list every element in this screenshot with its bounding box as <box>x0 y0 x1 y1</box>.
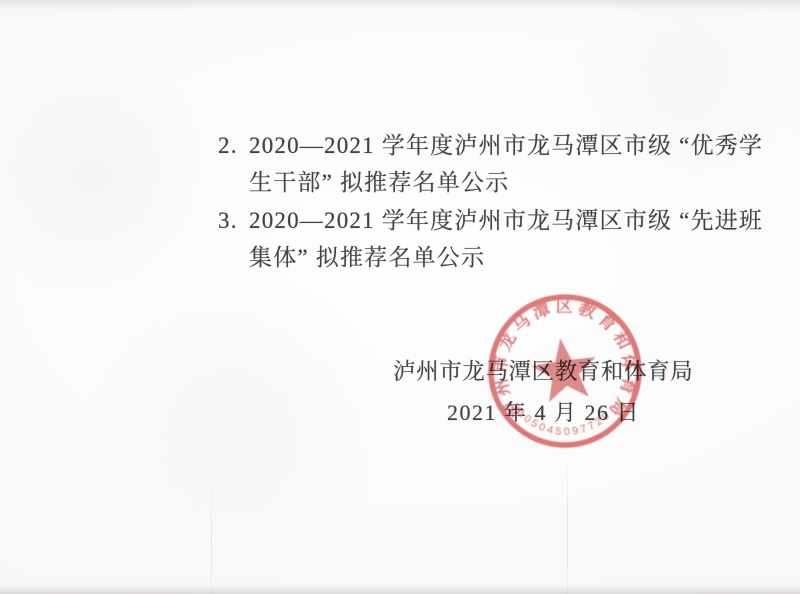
scanned-document-page: 2.2020—2021 学年度泸州市龙马潭区市级 “优秀学 生干部” 拟推荐名单… <box>0 0 800 594</box>
list-item-2-marker: 2. <box>218 133 249 159</box>
official-seal: 泸州市龙马潭区教育和体育局 5105045097720 <box>480 286 650 456</box>
scan-edge-bottom <box>0 586 800 594</box>
list-item-3-marker: 3. <box>218 208 249 234</box>
list-item-3-text: 2020—2021 学年度泸州市龙马潭区市级 “先进班 <box>249 208 763 233</box>
list-item-3-line-1: 3.2020—2021 学年度泸州市龙马潭区市级 “先进班 <box>218 202 763 235</box>
paper-fold-line <box>211 480 212 594</box>
seal-star-icon <box>528 334 601 404</box>
paper-fold-line <box>567 452 568 594</box>
list-item-3-line-2: 集体” 拟推荐名单公示 <box>249 239 485 272</box>
list-item-2-line-2: 生干部” 拟推荐名单公示 <box>249 164 509 197</box>
list-item-2-text: 2020—2021 学年度泸州市龙马潭区市级 “优秀学 <box>249 133 763 158</box>
scan-edge-top <box>0 0 800 10</box>
list-item-2-line-1: 2.2020—2021 学年度泸州市龙马潭区市级 “优秀学 <box>218 127 763 160</box>
